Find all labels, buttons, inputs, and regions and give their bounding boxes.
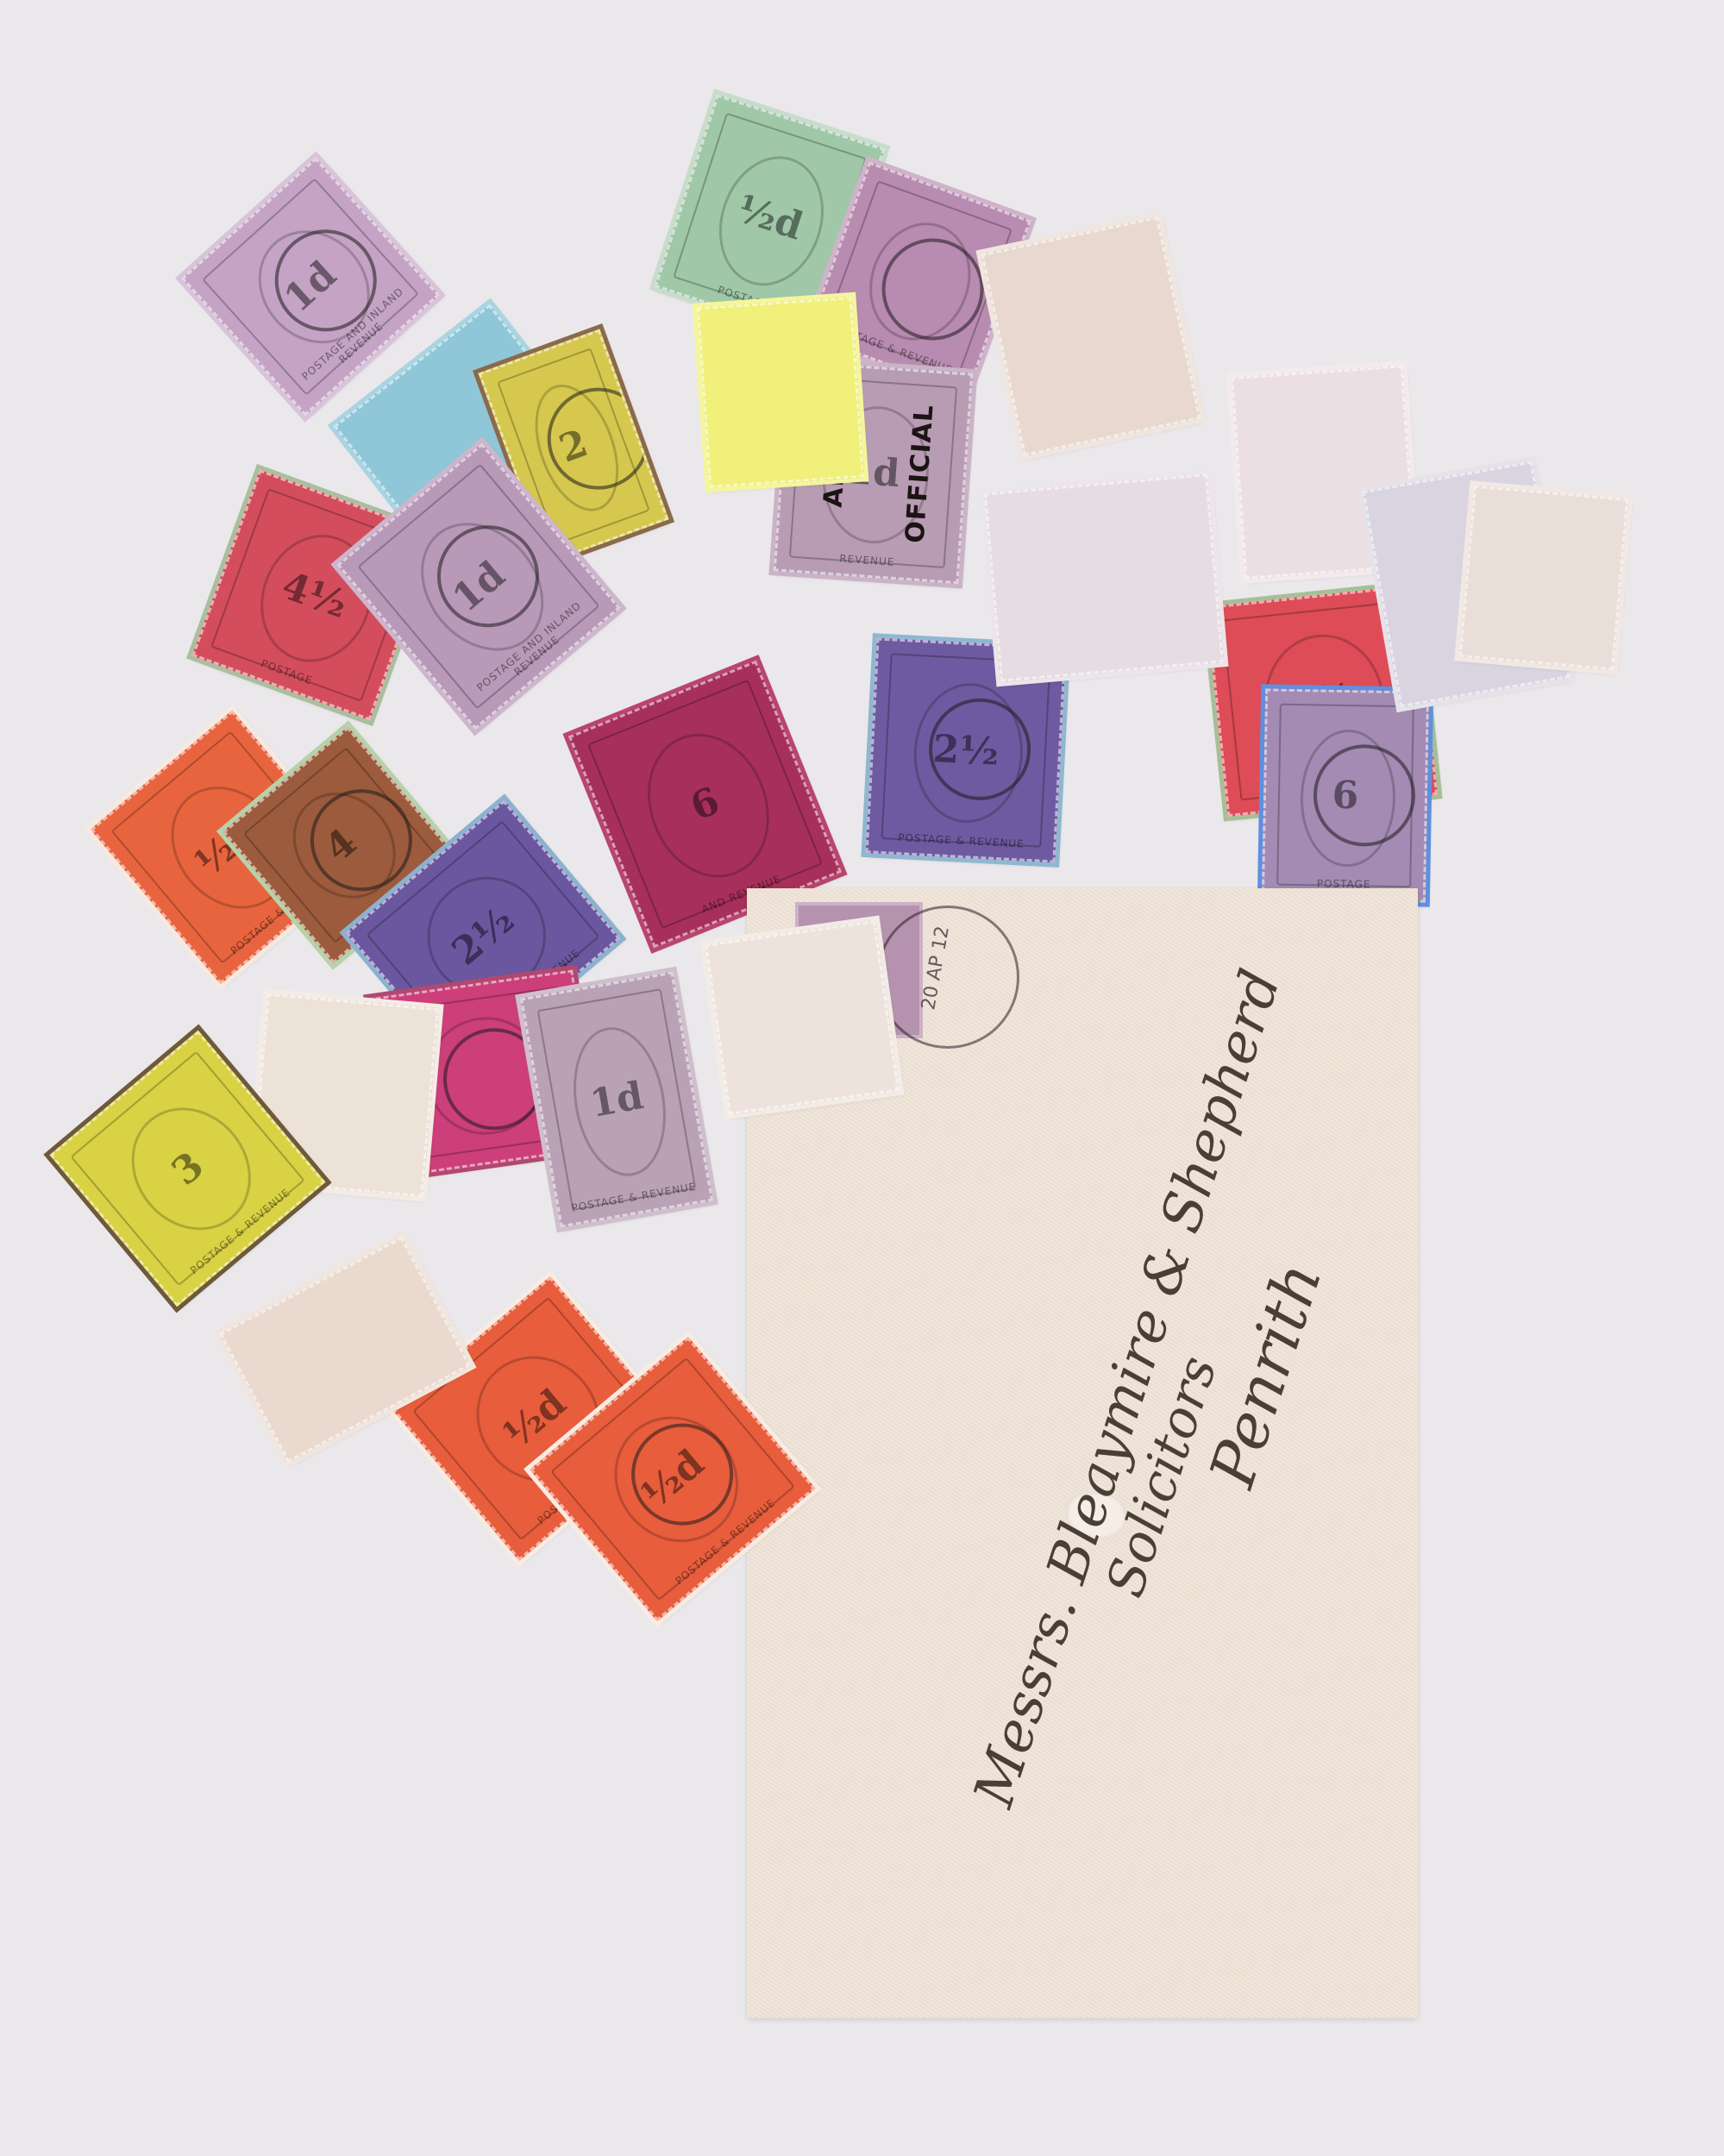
stamp: 1dPOSTAGE & REVENUE — [520, 971, 713, 1227]
stamp — [981, 216, 1201, 456]
stamp-caption — [712, 467, 862, 477]
stamp: 6POSTAGE — [1262, 688, 1429, 902]
stamp — [1459, 486, 1629, 671]
stamp — [705, 920, 900, 1115]
stamp — [697, 297, 864, 488]
stamp-pile-photo: 1dPOSTAGE AND INLAND REVENUE2½dPOSTAGEPO… — [0, 0, 1724, 2156]
stamp-caption — [1463, 646, 1612, 659]
stamp-caption — [1024, 408, 1196, 444]
stamp — [984, 473, 1224, 682]
stamp-value: 1d — [586, 1074, 646, 1126]
stamp-caption — [1401, 667, 1565, 696]
stamp-caption — [1002, 652, 1220, 671]
